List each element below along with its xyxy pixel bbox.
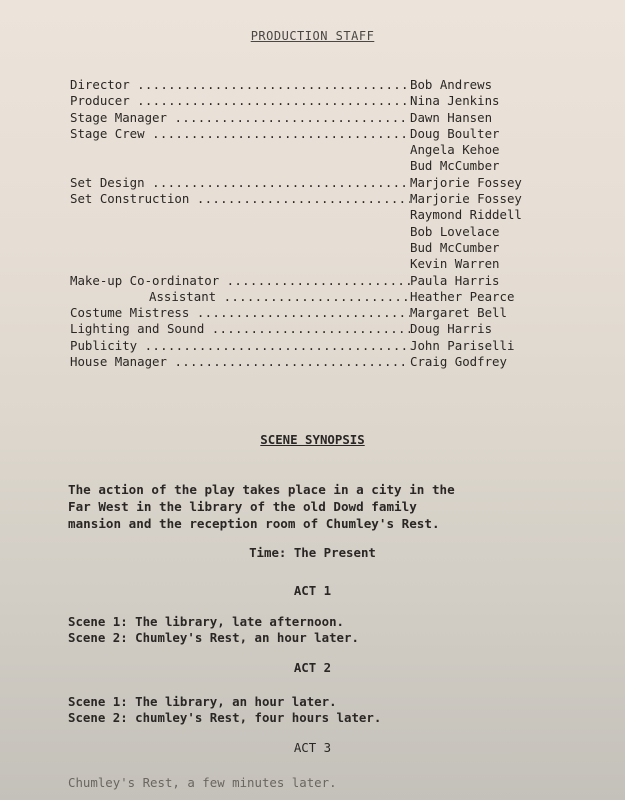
leader-dots: ........................................… <box>224 289 410 305</box>
staff-role <box>70 142 410 158</box>
staff-role: Assistant ..............................… <box>70 289 410 305</box>
staff-name: Margaret Bell <box>410 305 507 321</box>
staff-name: John Pariselli <box>410 338 514 354</box>
role-label: Set Construction <box>70 191 197 207</box>
staff-name: Heather Pearce <box>410 289 514 305</box>
scene-synopsis-title: SCENE SYNOPSIS <box>0 432 625 447</box>
role-label: Producer <box>70 93 137 109</box>
staff-role: Set Construction .......................… <box>70 191 410 207</box>
staff-role <box>70 158 410 174</box>
staff-role: Producer ...............................… <box>70 93 410 109</box>
staff-row: House Manager ..........................… <box>70 354 570 370</box>
staff-name: Marjorie Fossey <box>410 191 522 207</box>
setting-description: The action of the play takes place in a … <box>68 481 578 532</box>
leader-dots: ........................................… <box>152 126 410 142</box>
leader-dots: ........................................… <box>174 354 410 370</box>
staff-role: House Manager ..........................… <box>70 354 410 370</box>
description-line: Far West in the library of the old Dowd … <box>68 498 578 515</box>
staff-name: Bob Andrews <box>410 77 492 93</box>
staff-role: Director ...............................… <box>70 77 410 93</box>
staff-row: Set Construction .......................… <box>70 191 570 207</box>
staff-name: Nina Jenkins <box>410 93 500 109</box>
staff-row: Assistant ..............................… <box>70 289 570 305</box>
staff-row: Bud McCumber <box>70 240 570 256</box>
act-2-label: ACT 2 <box>0 660 625 675</box>
staff-row: Stage Crew .............................… <box>70 126 570 142</box>
staff-name: Bud McCumber <box>410 240 500 256</box>
production-staff-title: PRODUCTION STAFF <box>0 29 625 43</box>
staff-role: Costume Mistress .......................… <box>70 305 410 321</box>
staff-role <box>70 240 410 256</box>
staff-row: Set Design .............................… <box>70 175 570 191</box>
act-1-scene-2: Scene 2: Chumley's Rest, an hour later. <box>68 630 359 646</box>
leader-dots: ........................................… <box>174 110 410 126</box>
act-2-scene-1: Scene 1: The library, an hour later. <box>68 694 337 710</box>
staff-row: Make-up Co-ordinator ...................… <box>70 273 570 289</box>
staff-role: Stage Manager ..........................… <box>70 110 410 126</box>
staff-row: Bob Lovelace <box>70 224 570 240</box>
description-line: mansion and the reception room of Chumle… <box>68 515 578 532</box>
staff-role <box>70 207 410 223</box>
staff-name: Angela Kehoe <box>410 142 500 158</box>
staff-role <box>70 224 410 240</box>
staff-role: Publicity ..............................… <box>70 338 410 354</box>
leader-dots: ........................................… <box>197 305 410 321</box>
role-label: Stage Manager <box>70 110 174 126</box>
leader-dots: ........................................… <box>145 338 410 354</box>
act-1-label: ACT 1 <box>0 583 625 598</box>
staff-row: Producer ...............................… <box>70 93 570 109</box>
role-label: Publicity <box>70 338 145 354</box>
role-label: Make-up Co-ordinator <box>70 273 227 289</box>
role-label: Lighting and Sound <box>70 321 212 337</box>
staff-role: Stage Crew .............................… <box>70 126 410 142</box>
staff-name: Doug Harris <box>410 321 492 337</box>
role-label: Assistant <box>70 289 224 305</box>
leader-dots: ........................................… <box>212 321 410 337</box>
role-label: Set Design <box>70 175 152 191</box>
staff-name: Bud McCumber <box>410 158 500 174</box>
staff-name: Raymond Riddell <box>410 207 522 223</box>
staff-name: Paula Harris <box>410 273 500 289</box>
staff-row: Angela Kehoe <box>70 142 570 158</box>
leader-dots: ........................................… <box>197 191 410 207</box>
staff-row: Director ...............................… <box>70 77 570 93</box>
act-1-scene-1: Scene 1: The library, late afternoon. <box>68 614 344 630</box>
staff-name: Bob Lovelace <box>410 224 500 240</box>
staff-list: Director ...............................… <box>70 77 570 370</box>
staff-name: Kevin Warren <box>410 256 500 272</box>
program-page: PRODUCTION STAFF Director ..............… <box>0 0 625 800</box>
staff-row: Kevin Warren <box>70 256 570 272</box>
leader-dots: ........................................… <box>137 77 410 93</box>
time-line: Time: The Present <box>0 545 625 560</box>
staff-row: Raymond Riddell <box>70 207 570 223</box>
staff-name: Doug Boulter <box>410 126 500 142</box>
leader-dots: ........................................… <box>152 175 410 191</box>
leader-dots: ........................................… <box>227 273 410 289</box>
role-label: Stage Crew <box>70 126 152 142</box>
staff-role <box>70 256 410 272</box>
staff-name: Craig Godfrey <box>410 354 507 370</box>
staff-row: Costume Mistress .......................… <box>70 305 570 321</box>
staff-row: Stage Manager ..........................… <box>70 110 570 126</box>
role-label: House Manager <box>70 354 174 370</box>
staff-name: Marjorie Fossey <box>410 175 522 191</box>
staff-row: Publicity ..............................… <box>70 338 570 354</box>
description-line: The action of the play takes place in a … <box>68 481 578 498</box>
staff-role: Make-up Co-ordinator ...................… <box>70 273 410 289</box>
staff-role: Lighting and Sound .....................… <box>70 321 410 337</box>
act-2-scene-2: Scene 2: chumley's Rest, four hours late… <box>68 710 381 726</box>
staff-role: Set Design .............................… <box>70 175 410 191</box>
act-3-label: ACT 3 <box>0 740 625 755</box>
act-3-scene: Chumley's Rest, a few minutes later. <box>68 775 337 791</box>
staff-row: Lighting and Sound .....................… <box>70 321 570 337</box>
leader-dots: ........................................… <box>137 93 410 109</box>
role-label: Director <box>70 77 137 93</box>
staff-name: Dawn Hansen <box>410 110 492 126</box>
staff-row: Bud McCumber <box>70 158 570 174</box>
role-label: Costume Mistress <box>70 305 197 321</box>
